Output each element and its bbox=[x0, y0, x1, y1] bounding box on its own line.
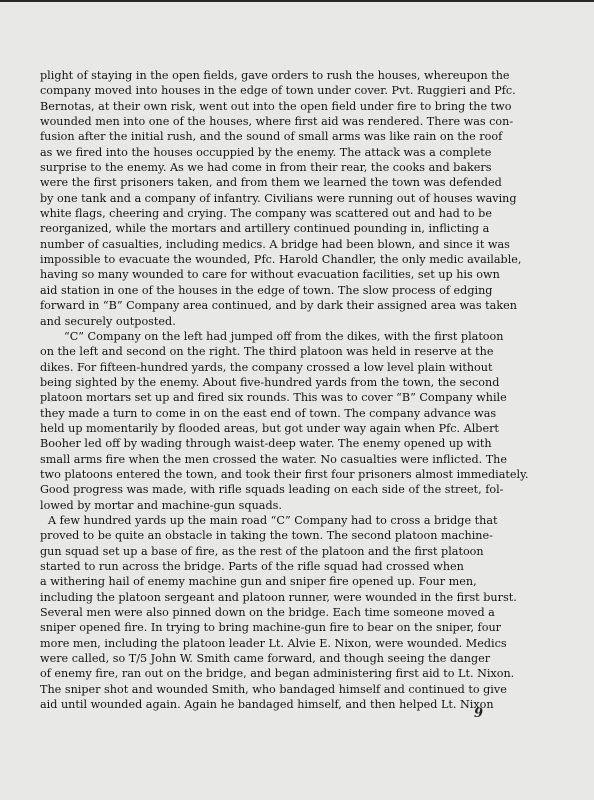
text-line: Bernotas, at their own risk, went out in… bbox=[40, 99, 456, 114]
text-line: number of casualties, including medics. … bbox=[40, 237, 456, 252]
text-line: aid until wounded again. Again he bandag… bbox=[40, 697, 456, 712]
text-line: having so many wounded to care for witho… bbox=[40, 267, 456, 282]
text-line: A few hundred yards up the main road “C”… bbox=[40, 513, 456, 528]
text-line: sniper opened fire. In trying to bring m… bbox=[40, 620, 456, 635]
text-line: started to run across the bridge. Parts … bbox=[40, 559, 456, 574]
text-line: wounded men into one of the houses, wher… bbox=[40, 114, 456, 129]
text-line: a withering hail of enemy machine gun an… bbox=[40, 574, 456, 589]
text-line: they made a turn to come in on the east … bbox=[40, 406, 456, 421]
text-line: held up momentarily by flooded areas, bu… bbox=[40, 421, 456, 436]
text-line: of enemy fire, ran out on the bridge, an… bbox=[40, 666, 456, 681]
text-line: gun squad set up a base of fire, as the … bbox=[40, 544, 456, 559]
body-text: plight of staying in the open fields, ga… bbox=[40, 68, 456, 712]
text-line: impossible to evacuate the wounded, Pfc.… bbox=[40, 252, 456, 267]
paragraph: plight of staying in the open fields, ga… bbox=[40, 68, 456, 329]
text-line: being sighted by the enemy. About five-h… bbox=[40, 375, 456, 390]
text-line: on the left and second on the right. The… bbox=[40, 344, 456, 359]
text-line: including the platoon sergeant and plato… bbox=[40, 590, 456, 605]
text-line: “C” Company on the left had jumped off f… bbox=[40, 329, 456, 344]
text-line: more men, including the platoon leader L… bbox=[40, 636, 456, 651]
text-line: reorganized, while the mortars and artil… bbox=[40, 221, 456, 236]
text-line: surprise to the enemy. As we had come in… bbox=[40, 160, 456, 175]
text-line: aid station in one of the houses in the … bbox=[40, 283, 456, 298]
text-line: dikes. For fifteen-hundred yards, the co… bbox=[40, 360, 456, 375]
paragraph: A few hundred yards up the main road “C”… bbox=[40, 513, 456, 712]
text-line: two platoons entered the town, and took … bbox=[40, 467, 456, 482]
text-line: lowed by mortar and machine-gun squads. bbox=[40, 498, 456, 513]
text-line: company moved into houses in the edge of… bbox=[40, 83, 456, 98]
text-line: Good progress was made, with rifle squad… bbox=[40, 482, 456, 497]
document-page: plight of staying in the open fields, ga… bbox=[0, 0, 594, 800]
text-line: plight of staying in the open fields, ga… bbox=[40, 68, 456, 83]
text-line: forward in “B” Company area continued, a… bbox=[40, 298, 456, 313]
text-line: platoon mortars set up and fired six rou… bbox=[40, 390, 456, 405]
text-line: and securely outposted. bbox=[40, 314, 456, 329]
text-line: were called, so T/5 John W. Smith came f… bbox=[40, 651, 456, 666]
text-line: The sniper shot and wounded Smith, who b… bbox=[40, 682, 456, 697]
text-line: fusion after the initial rush, and the s… bbox=[40, 129, 456, 144]
text-line: Booher led off by wading through waist-d… bbox=[40, 436, 456, 451]
page-number: 9 bbox=[474, 706, 483, 721]
paragraph: “C” Company on the left had jumped off f… bbox=[40, 329, 456, 513]
text-line: by one tank and a company of infantry. C… bbox=[40, 191, 456, 206]
text-line: proved to be quite an obstacle in taking… bbox=[40, 528, 456, 543]
text-line: Several men were also pinned down on the… bbox=[40, 605, 456, 620]
text-line: were the first prisoners taken, and from… bbox=[40, 175, 456, 190]
text-line: as we fired into the houses occuppied by… bbox=[40, 145, 456, 160]
text-line: white flags, cheering and crying. The co… bbox=[40, 206, 456, 221]
text-line: small arms fire when the men crossed the… bbox=[40, 452, 456, 467]
